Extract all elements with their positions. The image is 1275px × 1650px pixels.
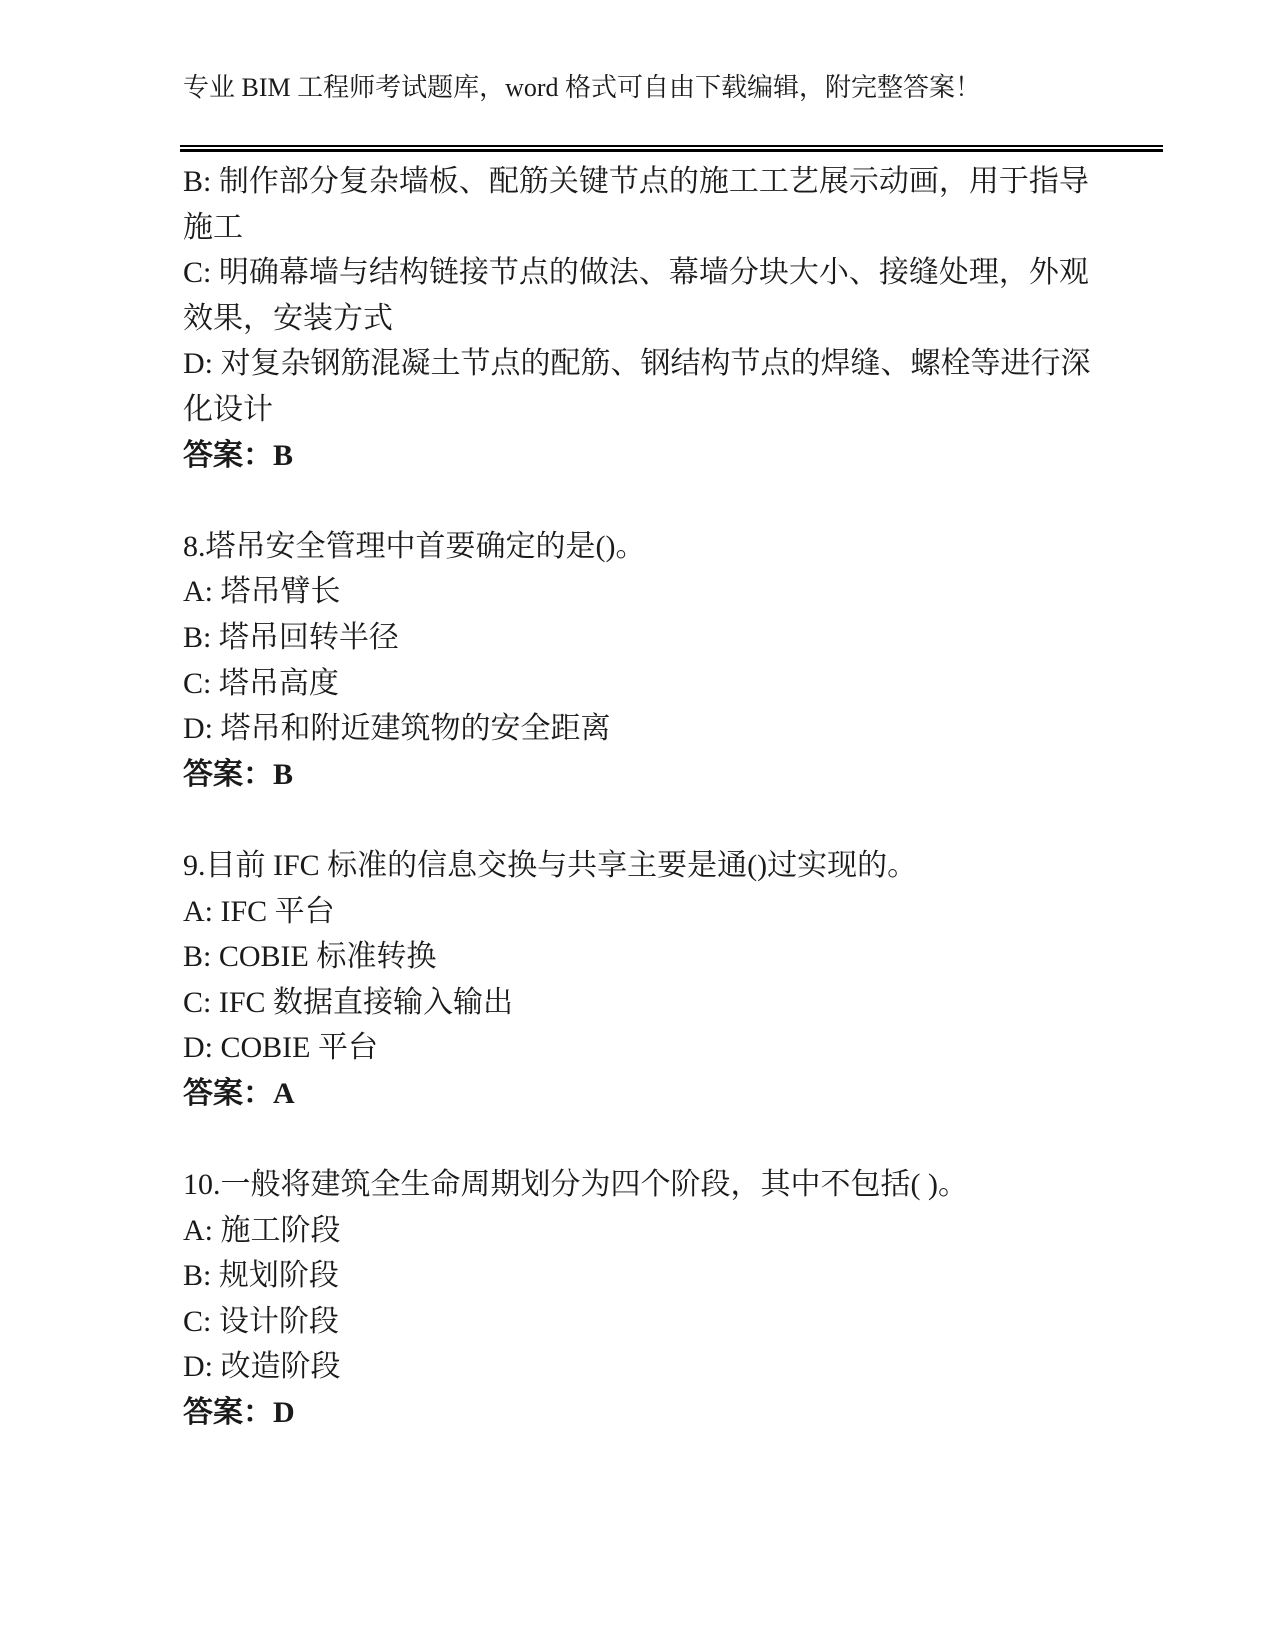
answer-line: 答案：B — [183, 752, 1193, 798]
option-line: D: 塔吊和附近建筑物的安全距离 — [183, 706, 1193, 752]
option-line: B: 规划阶段 — [183, 1253, 1193, 1299]
option-line: C: 明确幕墙与结构链接节点的做法、幕墙分块大小、接缝处理，外观 效果，安装方式 — [183, 250, 1193, 341]
option-line: B: COBIE 标准转换 — [183, 934, 1193, 980]
option-line: A: 塔吊臂长 — [183, 569, 1193, 615]
header-divider-thick-line — [180, 149, 1163, 152]
option-line: C: 塔吊高度 — [183, 661, 1193, 707]
answer-line: 答案：B — [183, 433, 1193, 479]
option-line: D: 对复杂钢筋混凝土节点的配筋、钢结构节点的焊缝、螺栓等进行深 化设计 — [183, 341, 1193, 432]
option-line: D: COBIE 平台 — [183, 1025, 1193, 1071]
option-line: D: 改造阶段 — [183, 1344, 1193, 1390]
question-stem: 9.目前 IFC 标准的信息交换与共享主要是通()过实现的。 — [183, 843, 1193, 889]
answer-line: 答案：A — [183, 1071, 1193, 1117]
question-stem: 8.塔吊安全管理中首要确定的是()。 — [183, 524, 1193, 570]
option-line: B: 制作部分复杂墙板、配筋关键节点的施工工艺展示动画，用于指导 施工 — [183, 159, 1193, 250]
question-block: B: 制作部分复杂墙板、配筋关键节点的施工工艺展示动画，用于指导 施工C: 明确… — [183, 159, 1193, 478]
document-body: B: 制作部分复杂墙板、配筋关键节点的施工工艺展示动画，用于指导 施工C: 明确… — [183, 159, 1193, 1436]
option-line: B: 塔吊回转半径 — [183, 615, 1193, 661]
page-header-title: 专业 BIM 工程师考试题库，word 格式可自由下载编辑，附完整答案！ — [183, 72, 1183, 104]
question-block: 10.一般将建筑全生命周期划分为四个阶段，其中不包括( )。A: 施工阶段B: … — [183, 1162, 1193, 1436]
option-line: A: 施工阶段 — [183, 1208, 1193, 1254]
question-stem: 10.一般将建筑全生命周期划分为四个阶段，其中不包括( )。 — [183, 1162, 1193, 1208]
option-line: C: 设计阶段 — [183, 1299, 1193, 1345]
option-line: A: IFC 平台 — [183, 889, 1193, 935]
question-block: 9.目前 IFC 标准的信息交换与共享主要是通()过实现的。A: IFC 平台B… — [183, 843, 1193, 1117]
header-divider — [180, 145, 1163, 152]
question-block: 8.塔吊安全管理中首要确定的是()。A: 塔吊臂长B: 塔吊回转半径C: 塔吊高… — [183, 524, 1193, 798]
answer-line: 答案：D — [183, 1390, 1193, 1436]
option-line: C: IFC 数据直接输入输出 — [183, 980, 1193, 1026]
